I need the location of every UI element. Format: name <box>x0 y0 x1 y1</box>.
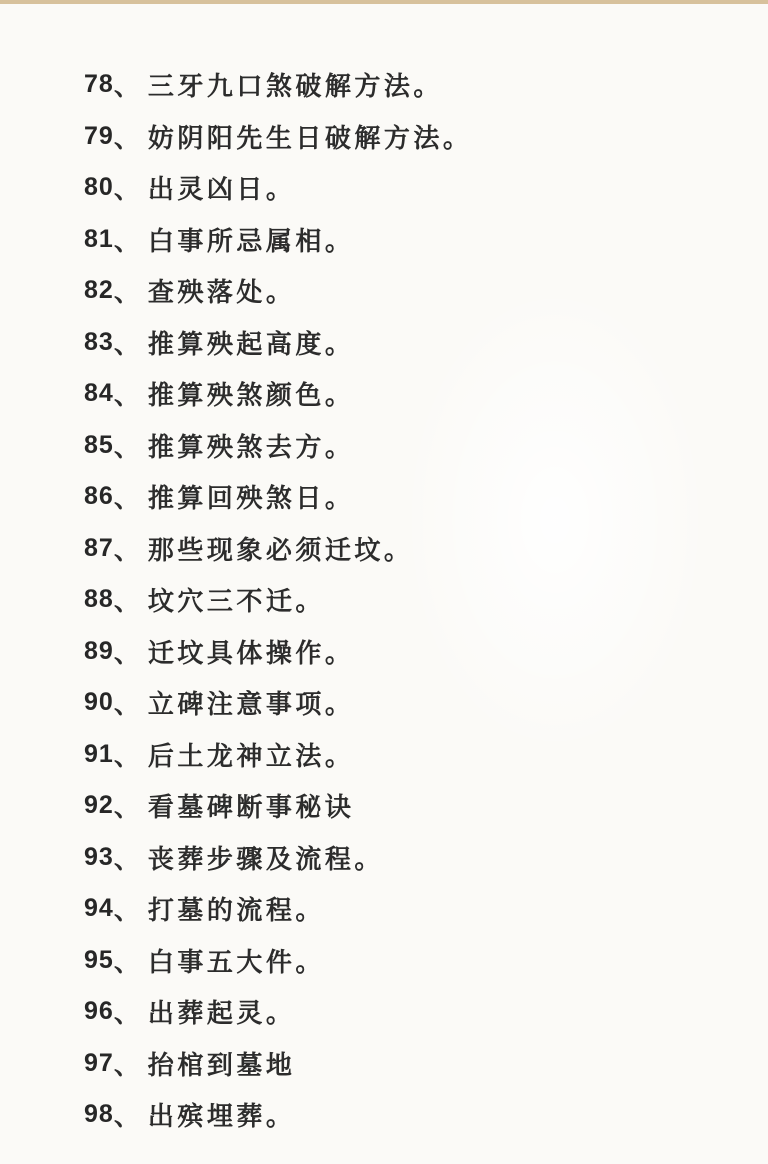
item-text: 立碑注意事项。 <box>148 684 355 721</box>
item-text: 查殃落处。 <box>148 272 296 309</box>
item-number: 90 <box>84 688 114 717</box>
item-number: 84 <box>84 379 114 408</box>
item-delimiter: 、 <box>114 684 148 721</box>
item-delimiter: 、 <box>114 272 148 309</box>
item-text: 白事五大件。 <box>148 942 325 979</box>
list-item: 92 、 看墓碑断事秘诀 <box>84 780 768 832</box>
list-item: 88 、 坟穴三不迁。 <box>84 574 768 626</box>
item-text: 推算殃煞颜色。 <box>148 375 355 412</box>
list-item: 83 、 推算殃起高度。 <box>84 317 768 369</box>
document-page: 78 、 三牙九口煞破解方法。 79 、 妨阴阳先生日破解方法。 80 、 出灵… <box>0 59 768 1141</box>
item-text: 推算殃煞去方。 <box>148 427 355 464</box>
item-number: 88 <box>84 585 114 614</box>
item-delimiter: 、 <box>114 530 148 567</box>
item-number: 89 <box>84 637 114 666</box>
item-delimiter: 、 <box>114 993 148 1030</box>
list-item: 98 、 出殡埋葬。 <box>84 1089 768 1141</box>
item-number: 82 <box>84 276 114 305</box>
item-number: 93 <box>84 843 114 872</box>
list-item: 84 、 推算殃煞颜色。 <box>84 368 768 420</box>
list-item: 96 、 出葬起灵。 <box>84 986 768 1038</box>
item-text: 出殡埋葬。 <box>148 1096 296 1133</box>
item-number: 80 <box>84 173 114 202</box>
item-delimiter: 、 <box>114 787 148 824</box>
item-number: 79 <box>84 122 114 151</box>
item-text: 迁坟具体操作。 <box>148 633 355 670</box>
item-number: 96 <box>84 997 114 1026</box>
list-item: 97 、 抬棺到墓地 <box>84 1038 768 1090</box>
list-item: 82 、 查殃落处。 <box>84 265 768 317</box>
toc-list: 78 、 三牙九口煞破解方法。 79 、 妨阴阳先生日破解方法。 80 、 出灵… <box>0 59 768 1141</box>
item-text: 打墓的流程。 <box>148 890 325 927</box>
list-item: 95 、 白事五大件。 <box>84 935 768 987</box>
item-text: 后土龙神立法。 <box>148 736 355 773</box>
item-number: 87 <box>84 534 114 563</box>
item-delimiter: 、 <box>114 942 148 979</box>
item-delimiter: 、 <box>114 478 148 515</box>
list-item: 79 、 妨阴阳先生日破解方法。 <box>84 111 768 163</box>
list-item: 89 、 迁坟具体操作。 <box>84 626 768 678</box>
item-text: 看墓碑断事秘诀 <box>148 787 355 824</box>
item-delimiter: 、 <box>114 375 148 412</box>
item-number: 97 <box>84 1049 114 1078</box>
item-number: 86 <box>84 482 114 511</box>
item-text: 妨阴阳先生日破解方法。 <box>148 118 473 155</box>
list-item: 78 、 三牙九口煞破解方法。 <box>84 59 768 111</box>
item-text: 三牙九口煞破解方法。 <box>148 66 443 103</box>
list-item: 86 、 推算回殃煞日。 <box>84 471 768 523</box>
item-number: 78 <box>84 70 114 99</box>
item-text: 出灵凶日。 <box>148 169 296 206</box>
list-item: 93 、 丧葬步骤及流程。 <box>84 832 768 884</box>
item-delimiter: 、 <box>114 169 148 206</box>
item-delimiter: 、 <box>114 1045 148 1082</box>
item-text: 出葬起灵。 <box>148 993 296 1030</box>
item-number: 95 <box>84 946 114 975</box>
item-delimiter: 、 <box>114 839 148 876</box>
list-item: 80 、 出灵凶日。 <box>84 162 768 214</box>
item-number: 98 <box>84 1100 114 1129</box>
item-number: 92 <box>84 791 114 820</box>
item-text: 丧葬步骤及流程。 <box>148 839 384 876</box>
item-text: 那些现象必须迁坟。 <box>148 530 414 567</box>
item-text: 白事所忌属相。 <box>148 221 355 258</box>
item-delimiter: 、 <box>114 581 148 618</box>
item-number: 83 <box>84 328 114 357</box>
list-item: 94 、 打墓的流程。 <box>84 883 768 935</box>
list-item: 87 、 那些现象必须迁坟。 <box>84 523 768 575</box>
item-delimiter: 、 <box>114 221 148 258</box>
item-delimiter: 、 <box>114 427 148 464</box>
item-number: 91 <box>84 740 114 769</box>
item-delimiter: 、 <box>114 633 148 670</box>
item-delimiter: 、 <box>114 1096 148 1133</box>
list-item: 90 、 立碑注意事项。 <box>84 677 768 729</box>
item-delimiter: 、 <box>114 324 148 361</box>
page-top-border <box>0 0 768 4</box>
item-delimiter: 、 <box>114 890 148 927</box>
item-text: 坟穴三不迁。 <box>148 581 325 618</box>
item-text: 推算回殃煞日。 <box>148 478 355 515</box>
item-number: 94 <box>84 894 114 923</box>
list-item: 91 、 后土龙神立法。 <box>84 729 768 781</box>
item-delimiter: 、 <box>114 66 148 103</box>
item-delimiter: 、 <box>114 736 148 773</box>
item-number: 81 <box>84 225 114 254</box>
list-item: 81 、 白事所忌属相。 <box>84 214 768 266</box>
list-item: 85 、 推算殃煞去方。 <box>84 420 768 472</box>
item-number: 85 <box>84 431 114 460</box>
item-text: 抬棺到墓地 <box>148 1045 296 1082</box>
item-delimiter: 、 <box>114 118 148 155</box>
item-text: 推算殃起高度。 <box>148 324 355 361</box>
